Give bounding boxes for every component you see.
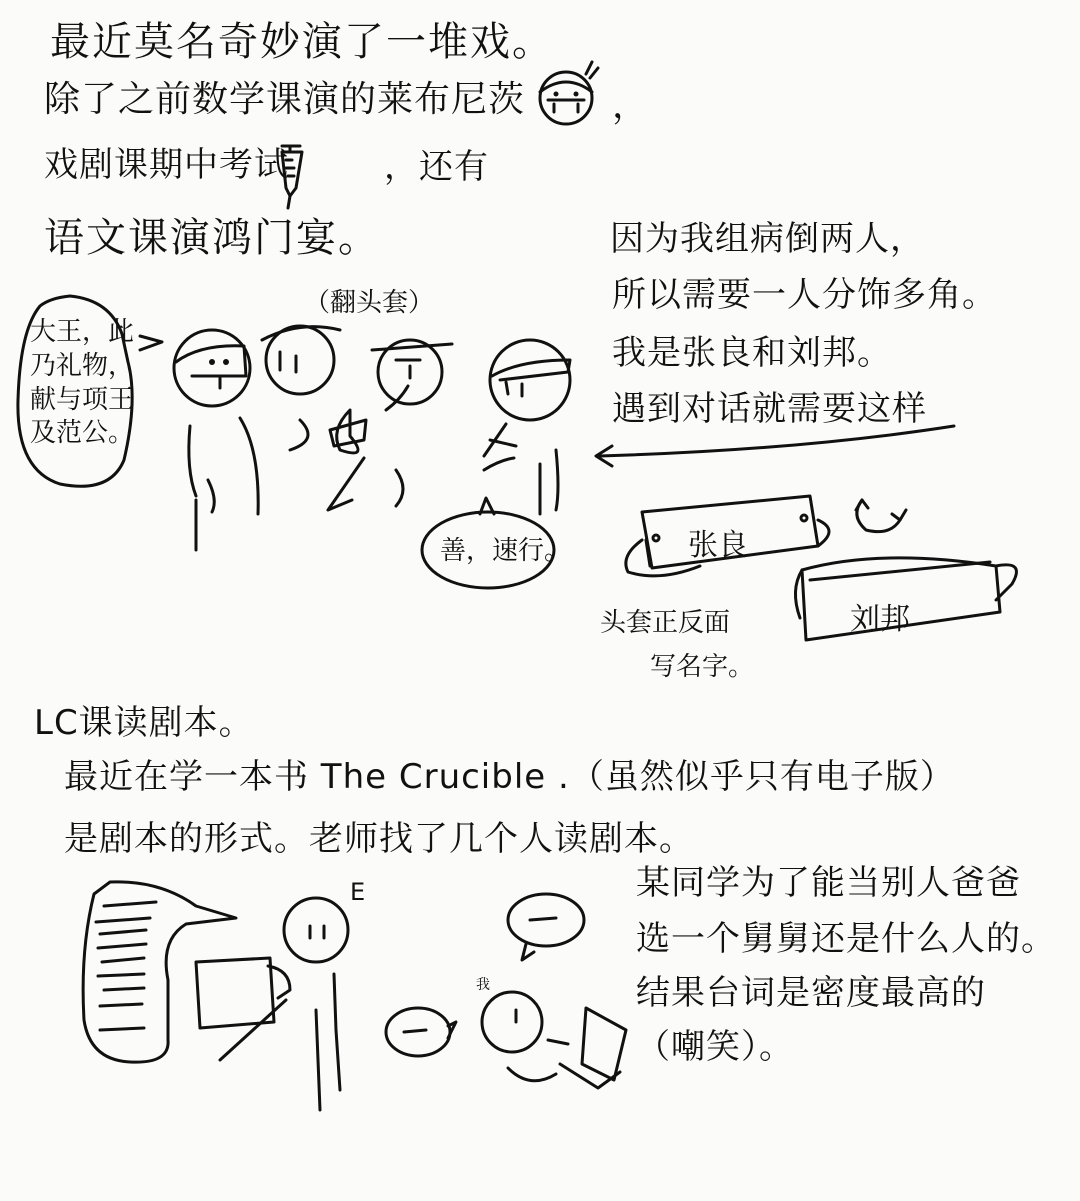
speech-bubble-dash-1 [386,1008,456,1056]
sketch-layer [0,0,1080,1201]
syringe-icon [282,146,302,208]
speech-bubble-right [422,498,554,588]
flipping-heads-motion [262,326,452,453]
speech-bubble-script [83,882,236,1062]
figure-e [196,898,348,1110]
flip-arrows-icon [856,500,906,532]
figure-zhangliang [174,330,258,550]
figure-xiangyu [484,340,570,514]
speech-bubble-left [18,296,162,486]
figure-me [482,992,626,1088]
leibniz-face-icon [540,62,598,124]
pointer-arrow [600,426,954,456]
headband-front [626,496,829,576]
hand-gesture [328,458,364,510]
speech-bubble-dash-2 [508,894,584,960]
headband-back [795,558,1016,640]
